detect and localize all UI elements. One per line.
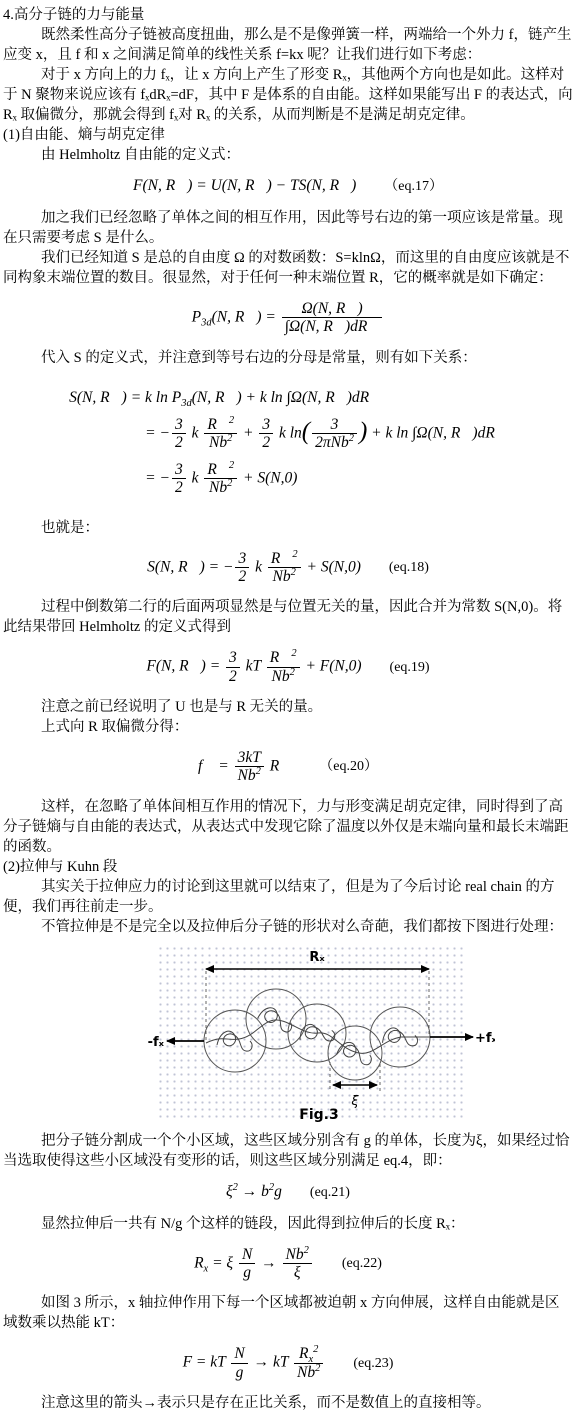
equation-18: S(N, R⃗) = −32 k R⃗2Nb2 + S(N,0)(eq.18) (3, 550, 573, 586)
force-left-label: -fₓ (148, 1035, 165, 1050)
paragraph-split-regions: 把分子链分割成一个个小区域，这些区域分别含有 g 的单体，长度为ξ，如果经过恰当… (3, 1131, 573, 1171)
figure-caption: Fig.3 (299, 1107, 338, 1123)
force-right-label: +fₓ (475, 1031, 495, 1046)
paragraph-u-independent: 注意之前已经说明了 U 也是与 R 无关的量。 (3, 697, 573, 717)
paragraph-intro: 既然柔性高分子链被高度扭曲，那么是不是像弹簧一样，两端给一个外力 f，链产生应变… (3, 25, 573, 65)
equation-17: F(N, R⃗) = U(N, R⃗) − TS(N, R⃗)（eq.17） (3, 177, 573, 196)
equation-21: ξ2 → b2g(eq.21) (3, 1183, 573, 1202)
paragraph-hooke-conclusion: 这样，在忽略了单体间相互作用的情况下，力与形变满足胡克定律，同时得到了高分子链熵… (3, 797, 573, 857)
document-page: 4.高分子链的力与能量 既然柔性高分子链被高度扭曲，那么是不是像弹簧一样，两端给… (0, 0, 576, 1427)
polymer-chain-diagram: Rₓ -fₓ +fₓ ξ Fig.3 (143, 945, 495, 1125)
blob-circle-2 (246, 989, 306, 1049)
paragraph-force-direction: 对于 x 方向上的力 fₓ，让 x 方向上产生了形变 Rₓ，其他两个方向也是如此… (3, 65, 573, 125)
rx-label: Rₓ (309, 950, 325, 965)
section-heading-2: (2)拉伸与 Kuhn 段 (3, 857, 573, 877)
blob-circle-1 (204, 1010, 266, 1072)
paragraph-helmholtz-lead: 由 Helmholtz 自由能的定义式： (3, 145, 573, 165)
chain-loop-2 (256, 1005, 295, 1033)
chain-squiggle (206, 1020, 430, 1053)
derivation-lines: S(N, R⃗) = k ln P3d(N, R⃗) + k ln ∫Ω(N, … (69, 380, 507, 506)
equation-p3d: P3d(N, R⃗) = Ω(N, R⃗)∫Ω(N, R⃗)dR⃗ (3, 300, 573, 336)
paragraph-n-over-g-segments: 显然拉伸后一共有 N/g 个这样的链段，因此得到拉伸后的长度 Rₓ： (3, 1214, 573, 1234)
paragraph-entropy-omega: 我们已经知道 S 是总的自由度 Ω 的对数函数：S=klnΩ，而这里的自由度应该… (3, 248, 573, 288)
paragraph-that-is: 也就是： (3, 518, 573, 538)
chain-loop-1 (217, 1031, 252, 1051)
paragraph-treat-as-figure: 不管拉伸是不是完全以及拉伸后分子链的形状对么奇葩，我们都按下图进行处理： (3, 917, 573, 937)
derivation-line-1: S(N, R⃗) = k ln P3d(N, R⃗) + k ln ∫Ω(N, … (69, 389, 507, 408)
equation-20: f⃗ = 3kTNb2 R⃗（eq.20） (3, 749, 573, 785)
equation-s-derivation: S(N, R⃗) = k ln P3d(N, R⃗) + k ln ∫Ω(N, … (3, 380, 573, 506)
paragraph-partial-derivative: 上式向 R 取偏微分得： (3, 717, 573, 737)
paragraph-real-chain: 其实关于拉伸应力的讨论到这里就可以结束了，但是为了今后讨论 real chain… (3, 877, 573, 917)
blob-circle-4 (328, 1026, 382, 1080)
paragraph-first-term-constant: 加之我们已经忽略了单体之间的相互作用，因此等号右边的第一项应该是常量。现在只需要… (3, 208, 573, 248)
derivation-line-3: = −32 k R⃗2Nb2 + S(N,0) (145, 461, 507, 497)
paragraph-arrow-note: 注意这里的箭头→表示只是存在正比关系，而不是数值上的直接相等。 (3, 1393, 573, 1413)
equation-23: F = kT Ng → kT Rx2Nb2(eq.23) (3, 1345, 573, 1381)
equation-22: Rx = ξ Ng → Nb2ξ(eq.22) (3, 1246, 573, 1282)
paragraph-merge-constant: 过程中倒数第二行的后面两项显然是与位置无关的量，因此合并为常数 S(N,0)。将… (3, 597, 573, 637)
page-title: 4.高分子链的力与能量 (3, 5, 573, 25)
figure-3: Rₓ -fₓ +fₓ ξ Fig.3 (143, 945, 495, 1125)
equation-19: F(N, R⃗) = 32 kT R⃗2Nb2 + F(N,0)(eq.19) (3, 649, 573, 685)
paragraph-substitute-s: 代入 S 的定义式，并注意到等号右边的分母是常量，则有如下关系： (3, 348, 573, 368)
xi-label: ξ (350, 1094, 359, 1109)
paragraph-free-energy-kt: 如图 3 所示，x 轴拉伸作用下每一个区域都被迫朝 x 方向伸展，这样自由能就是… (3, 1293, 573, 1333)
derivation-line-2: = −32 k R⃗2Nb2 + 32 k ln(32πNb2) + k ln … (145, 416, 507, 452)
section-heading-1: (1)自由能、熵与胡克定律 (3, 125, 573, 145)
